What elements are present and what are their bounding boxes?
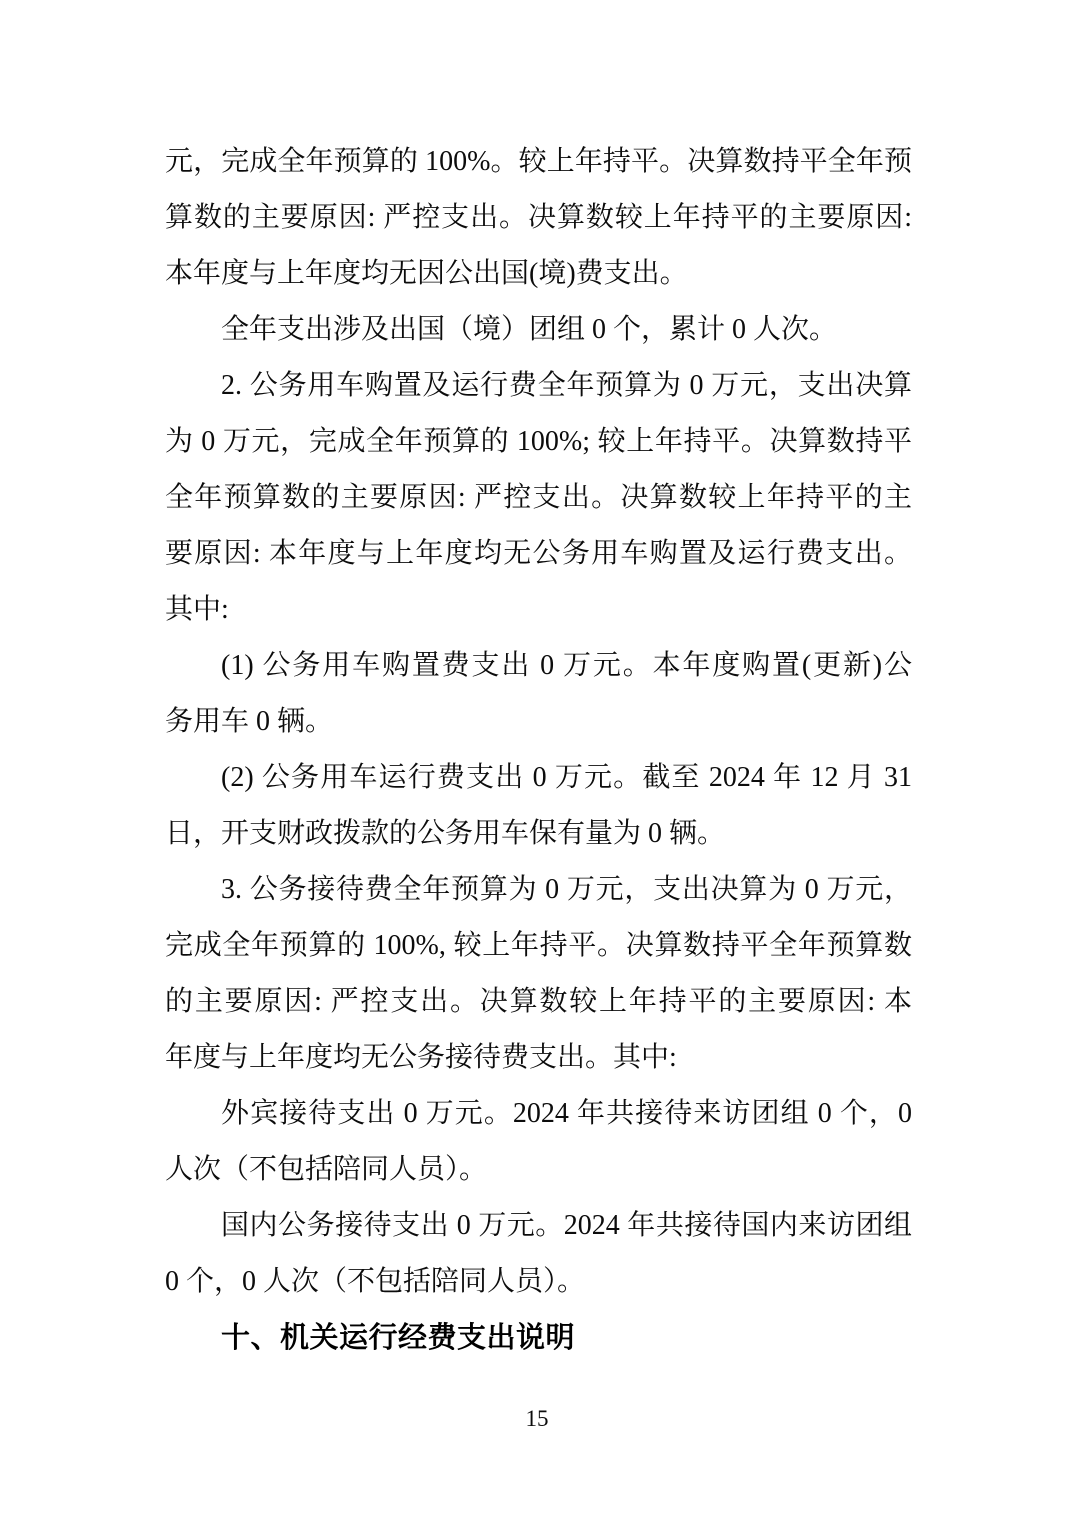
body-line: 全年预算数的主要原因: 严控支出。决算数较上年持平的主 [165,470,912,526]
body-line: 人次（不包括陪同人员）。 [165,1142,912,1198]
body-line: 完成全年预算的 100%, 较上年持平。决算数持平全年预算数 [165,918,912,974]
body-line: 国内公务接待支出 0 万元。2024 年共接待国内来访团组 [165,1198,912,1254]
body-line: 要原因: 本年度与上年度均无公务用车购置及运行费支出。 [165,526,912,582]
body-line: 年度与上年度均无公务接待费支出。其中: [165,1030,912,1086]
body-line: 的主要原因: 严控支出。决算数较上年持平的主要原因: 本 [165,974,912,1030]
document-page: 元，完成全年预算的 100%。较上年持平。决算数持平全年预 算数的主要原因: 严… [0,0,1074,1520]
body-line: 本年度与上年度均无因公出国(境)费支出。 [165,246,912,302]
body-line: 全年支出涉及出国（境）团组 0 个，累计 0 人次。 [165,302,912,358]
body-line: 元，完成全年预算的 100%。较上年持平。决算数持平全年预 [165,134,912,190]
body-line: (1) 公务用车购置费支出 0 万元。本年度购置(更新)公 [165,638,912,694]
page-number: 15 [0,1404,1074,1434]
body-line: 为 0 万元，完成全年预算的 100%; 较上年持平。决算数持平 [165,414,912,470]
body-line: 日，开支财政拨款的公务用车保有量为 0 辆。 [165,806,912,862]
body-line: 算数的主要原因: 严控支出。决算数较上年持平的主要原因: [165,190,912,246]
body-line: 务用车 0 辆。 [165,694,912,750]
body-line: 3. 公务接待费全年预算为 0 万元，支出决算为 0 万元， [165,862,912,918]
document-body: 元，完成全年预算的 100%。较上年持平。决算数持平全年预 算数的主要原因: 严… [165,134,912,1366]
body-line: 外宾接待支出 0 万元。2024 年共接待来访团组 0 个，0 [165,1086,912,1142]
body-line: 0 个，0 人次（不包括陪同人员）。 [165,1254,912,1310]
body-line: 其中: [165,582,912,638]
body-line: 2. 公务用车购置及运行费全年预算为 0 万元，支出决算 [165,358,912,414]
section-heading: 十、机关运行经费支出说明 [165,1310,912,1366]
body-line: (2) 公务用车运行费支出 0 万元。截至 2024 年 12 月 31 [165,750,912,806]
